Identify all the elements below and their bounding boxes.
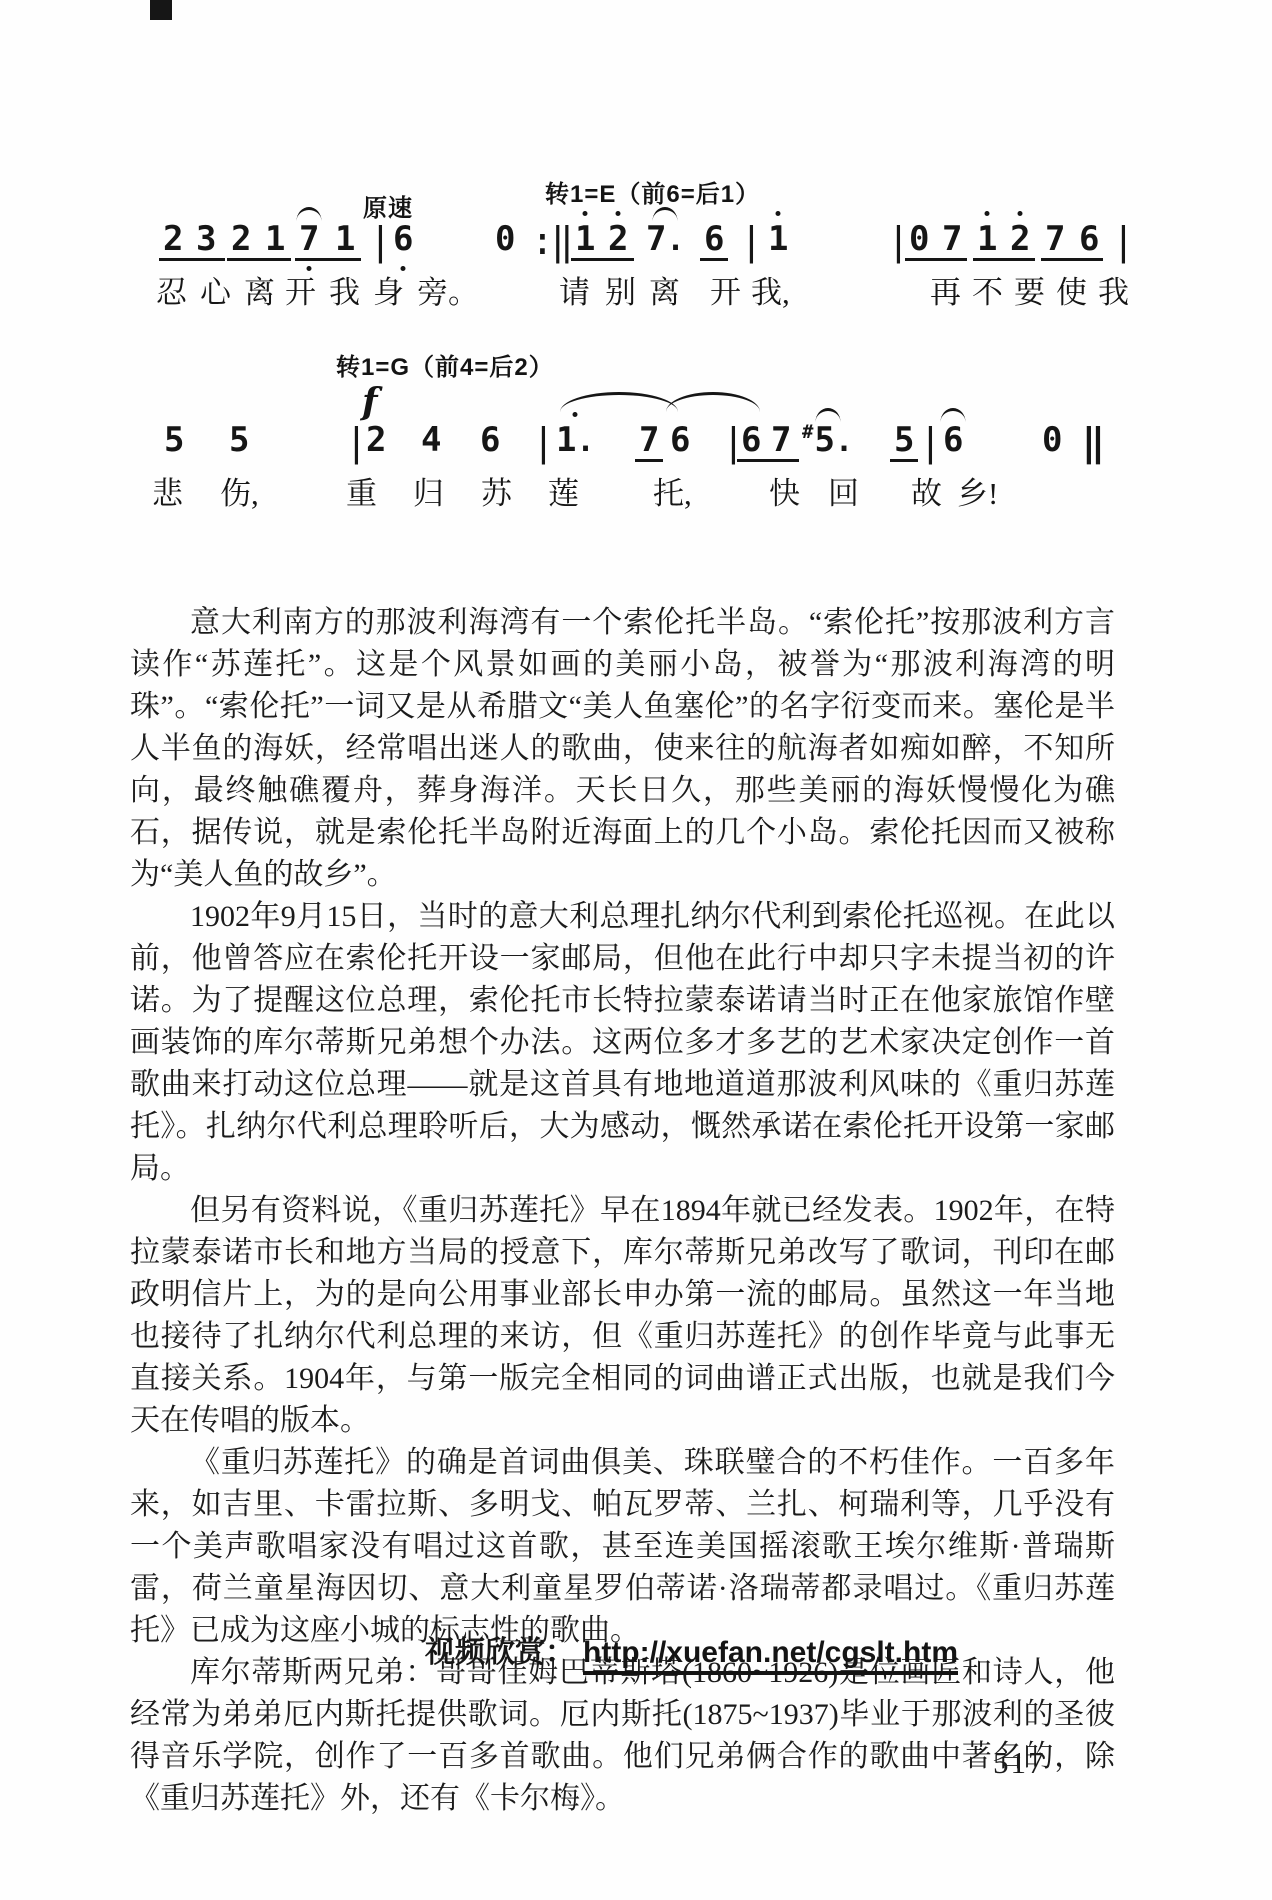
paragraph-1894-publication: 但另有资料说，《重归苏莲托》早在1894年就已经发表。1902年，在特拉蒙泰诺市…: [130, 1190, 1115, 1442]
rest-note: 0: [495, 222, 515, 256]
lyric-char: 不: [972, 277, 1003, 308]
jianpu-note: 6: [1079, 222, 1099, 256]
lyric-char: 苏: [481, 478, 512, 509]
barline: |: [1112, 222, 1132, 260]
lyric-char: 归: [413, 478, 444, 509]
eighth-note-beam: [571, 258, 634, 261]
barline: |: [740, 222, 760, 260]
tie-hat-icon: [815, 408, 840, 422]
jianpu-note: 7: [639, 423, 659, 457]
sharp-icon: #: [802, 421, 813, 443]
eighth-note-beam: [905, 258, 967, 261]
lyric-char: 别: [605, 277, 636, 308]
eighth-note-beam: [227, 258, 291, 261]
lyric-char: 我: [1098, 277, 1129, 308]
lyric-char: 快: [769, 478, 800, 509]
tie-hat-icon: [297, 207, 322, 221]
eighth-note-beam: [973, 258, 1035, 261]
augmentation-dot: .: [666, 223, 684, 258]
lyric-char: 伤,: [220, 478, 259, 509]
barline: |: [722, 423, 742, 461]
octave-dot-above: [985, 211, 990, 216]
tie-hat-icon: [653, 207, 678, 221]
lyric-char: 故: [911, 478, 942, 509]
jianpu-note: 6: [670, 423, 690, 457]
jianpu-note: 5: [229, 423, 249, 457]
page-number: 517: [993, 1745, 1046, 1781]
key-signature-label: 转1=E（前6=后1）: [545, 183, 760, 207]
lyric-char: 要: [1014, 277, 1045, 308]
slur-arc: [666, 392, 760, 412]
lyric-char: 开: [710, 277, 741, 308]
lyric-char: 乡!: [957, 478, 998, 509]
lyric-char: 我: [329, 277, 360, 308]
eighth-note-beam: [295, 258, 361, 261]
octave-dot-below: [401, 266, 406, 271]
jianpu-note: 6: [704, 222, 724, 256]
lyric-char: 托,: [653, 478, 692, 509]
jianpu-note: 6: [741, 423, 761, 457]
dynamic-forte-mark: f: [362, 384, 378, 420]
jianpu-note: 5: [164, 423, 184, 457]
jianpu-note: 2: [608, 222, 628, 256]
dash-note: [150, 16, 172, 20]
lyric-char: 使: [1056, 277, 1087, 308]
jianpu-note: 2: [163, 222, 183, 256]
lyric-char: 离: [244, 277, 275, 308]
lyric-char: 开: [285, 277, 316, 308]
jianpu-note: 1: [977, 222, 997, 256]
jianpu-note: 1: [335, 222, 355, 256]
jianpu-note: 6: [480, 423, 500, 457]
jianpu-note: 6: [943, 423, 963, 457]
lyric-char: 再: [930, 277, 961, 308]
jianpu-note: 7: [299, 222, 319, 256]
eighth-note-beam: [159, 258, 225, 261]
video-url-link[interactable]: http://xuefan.net/cgslt.htm: [583, 1636, 958, 1675]
lyric-char: 悲: [152, 478, 183, 509]
jianpu-note: 2: [1010, 222, 1030, 256]
paragraph-famous-singers: 《重归苏莲托》的确是首词曲俱美、珠联璧合的不朽佳作。一百多年来，如吉里、卡雷拉斯…: [130, 1442, 1115, 1652]
jianpu-note: 1: [768, 222, 788, 256]
jianpu-note: 5: [894, 423, 914, 457]
jianpu-note: 7: [771, 423, 791, 457]
barline: |: [369, 222, 389, 260]
lyric-char: 忍: [156, 277, 187, 308]
lyric-char: 身: [373, 277, 404, 308]
eighth-note-beam: [1041, 258, 1103, 261]
paragraph-1902-story: 1902年9月15日，当时的意大利总理扎纳尔代利到索伦托巡视。在此以前，他曾答应…: [130, 896, 1115, 1190]
jianpu-note: 7: [942, 222, 962, 256]
key-signature-label: 转1=G（前4=后2）: [336, 356, 554, 380]
jianpu-note: 2: [231, 222, 251, 256]
octave-dot-above: [616, 211, 621, 216]
barline: |: [919, 423, 939, 461]
jianpu-note: 1.: [556, 423, 595, 457]
lyric-char: 请: [559, 277, 590, 308]
barline: ‖: [1082, 423, 1102, 461]
octave-dot-above: [1018, 211, 1023, 216]
jianpu-note: 7: [1045, 222, 1065, 256]
lyric-char: 心: [200, 277, 231, 308]
octave-dot-above: [573, 412, 578, 417]
paragraph-curtis-brothers: 库尔蒂斯两兄弟：哥哥佳姆巴蒂斯塔(1860~1926)是位画匠和诗人，他经常为弟…: [130, 1652, 1115, 1820]
rest-note: 0: [909, 222, 929, 256]
lyric-char: 旁。: [417, 277, 479, 308]
jianpu-note: 2: [366, 423, 386, 457]
paragraph-origin-of-name: 意大利南方的那波利海湾有一个索伦托半岛。“索伦托”按那波利方言读作“苏莲托”。这…: [130, 602, 1115, 896]
video-link-line: 视频欣赏：http://xuefan.net/cgslt.htm: [425, 1638, 958, 1668]
augmentation-dot: .: [835, 424, 853, 459]
barline: :‖: [531, 222, 571, 260]
octave-dot-above: [776, 211, 781, 216]
video-label: 视频欣赏：: [425, 1636, 575, 1669]
jianpu-note: 7.: [646, 222, 685, 256]
scanned-page: 转1=E（前6=后1）原速232171|60:‖127.6|1|071276|忍…: [0, 0, 1272, 1900]
lyric-char: 重: [346, 478, 377, 509]
lyric-char: 离: [649, 277, 680, 308]
lyric-char: 回: [828, 478, 859, 509]
jianpu-note: 3: [196, 222, 216, 256]
slur-arc: [560, 392, 678, 412]
barline: |: [532, 423, 552, 461]
barline: |: [345, 423, 365, 461]
octave-dot-below: [307, 266, 312, 271]
jianpu-note: 1: [575, 222, 595, 256]
jianpu-note: #5.: [802, 423, 853, 457]
music-notation: 转1=E（前6=后1）原速232171|60:‖127.6|1|071276|忍…: [150, 0, 1210, 560]
lyric-char: 我,: [751, 277, 790, 308]
eighth-note-beam: [635, 459, 663, 462]
barline: |: [887, 222, 907, 260]
eighth-note-beam: [700, 258, 728, 261]
augmentation-dot: .: [576, 424, 594, 459]
octave-dot-above: [583, 211, 588, 216]
eighth-note-beam: [737, 459, 799, 462]
key-signature-label: 原速: [363, 197, 413, 221]
eighth-note-beam: [890, 459, 918, 462]
tie-hat-icon: [941, 408, 966, 422]
jianpu-note: 6: [393, 222, 413, 256]
lyric-char: 莲: [548, 478, 579, 509]
jianpu-note: 4: [421, 423, 441, 457]
rest-note: 0: [1042, 423, 1062, 457]
jianpu-note: 1: [265, 222, 285, 256]
